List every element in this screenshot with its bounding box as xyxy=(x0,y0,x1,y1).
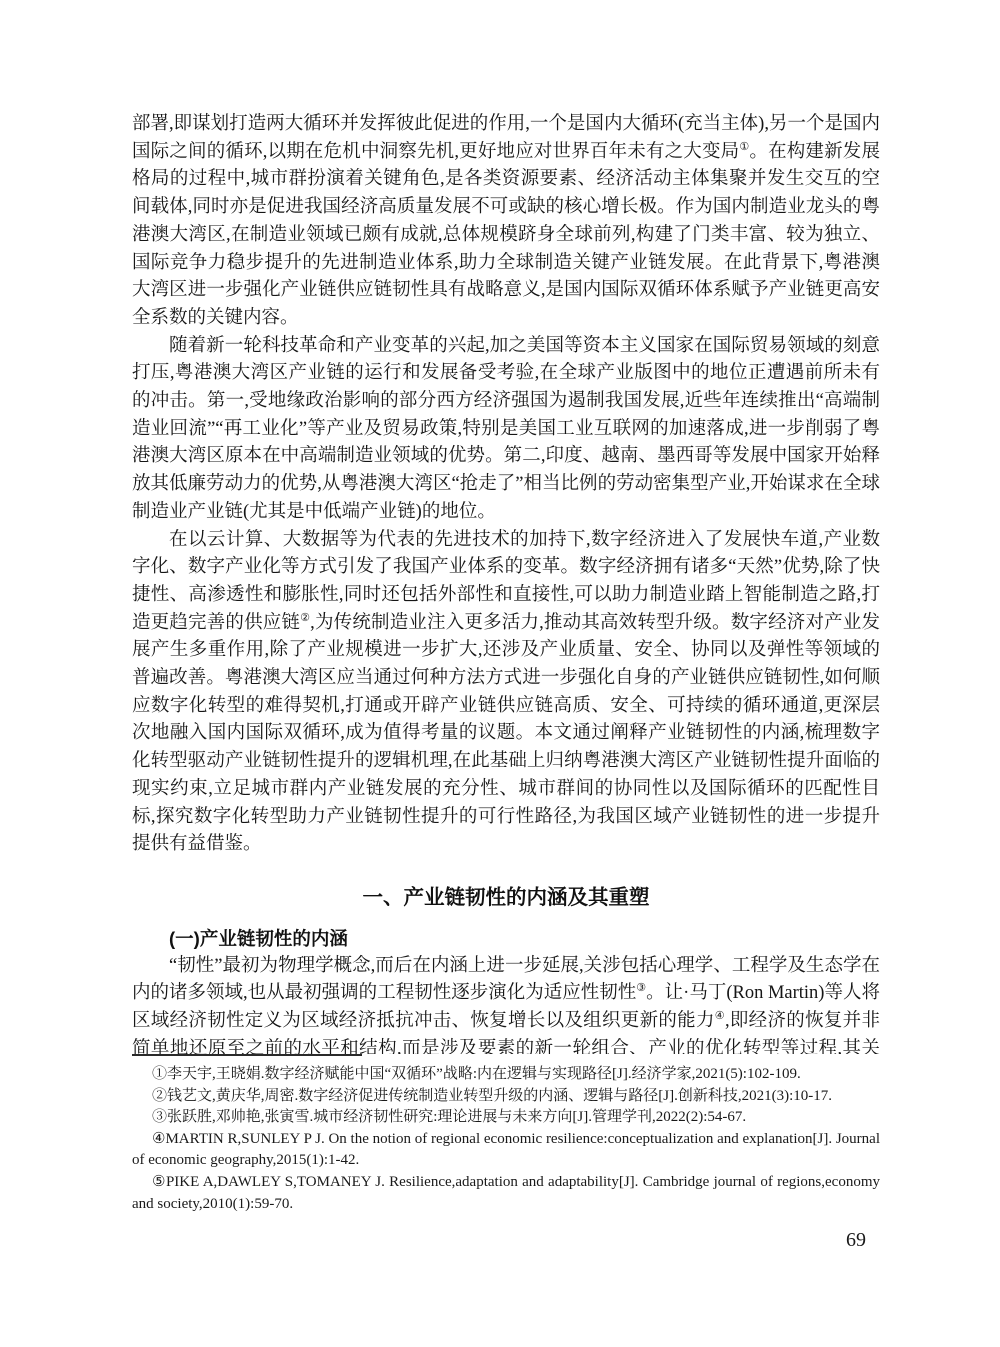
footnote-ref-3: ③ xyxy=(636,982,646,994)
paragraph-2: 随着新一轮科技革命和产业变革的兴起,加之美国等资本主义国家在国际贸易领域的刻意打… xyxy=(132,333,880,527)
footnote-3: ③张跃胜,邓帅艳,张寅雪.城市经济韧性研究:理论进展与未来方向[J].管理学刊,… xyxy=(132,1107,880,1129)
footnote-4: ④MARTIN R,SUNLEY P J. On the notion of r… xyxy=(132,1129,880,1172)
article-body: 部署,即谋划打造两大循环并发挥彼此促进的作用,一个是国内大循环(充当主体),另一… xyxy=(132,111,880,1147)
footnote-5: ⑤PIKE A,DAWLEY S,TOMANEY J. Resilience,a… xyxy=(132,1172,880,1215)
footnote-ref-4: ④ xyxy=(715,1010,725,1022)
subsection-heading: (一)产业链韧性的内涵 xyxy=(132,925,880,953)
document-page: 部署,即谋划打造两大循环并发挥彼此促进的作用,一个是国内大循环(充当主体),另一… xyxy=(0,0,1000,1347)
footnotes-section: ①李天宇,王晓娟.数字经济赋能中国“双循环”战略:内在逻辑与实现路径[J].经济… xyxy=(132,1054,880,1215)
paragraph-3: 在以云计算、大数据等为代表的先进技术的加持下,数字经济进入了发展快车道,产业数字… xyxy=(132,527,880,859)
section-heading: 一、产业链韧性的内涵及其重塑 xyxy=(132,884,880,912)
footnote-2: ②钱艺文,黄庆华,周密.数字经济促进传统制造业转型升级的内涵、逻辑与路径[J].… xyxy=(132,1086,880,1108)
paragraph-1: 部署,即谋划打造两大循环并发挥彼此促进的作用,一个是国内大循环(充当主体),另一… xyxy=(132,111,880,333)
footnote-1: ①李天宇,王晓娟.数字经济赋能中国“双循环”战略:内在逻辑与实现路径[J].经济… xyxy=(132,1064,880,1086)
paragraph-text: ,为传统制造业注入更多活力,推动其高效转型升级。数字经济对产业发展产生多重作用,… xyxy=(132,613,880,855)
paragraph-text: 随着新一轮科技革命和产业变革的兴起,加之美国等资本主义国家在国际贸易领域的刻意打… xyxy=(132,336,880,522)
footnote-ref-2: ② xyxy=(300,612,310,624)
page-number: 69 xyxy=(846,1228,866,1252)
paragraph-text: 。在构建新发展格局的过程中,城市群扮演着关键角色,是各类资源要素、经济活动主体集… xyxy=(132,142,880,328)
footnote-divider xyxy=(132,1054,362,1056)
footnote-ref-1: ① xyxy=(739,141,749,153)
